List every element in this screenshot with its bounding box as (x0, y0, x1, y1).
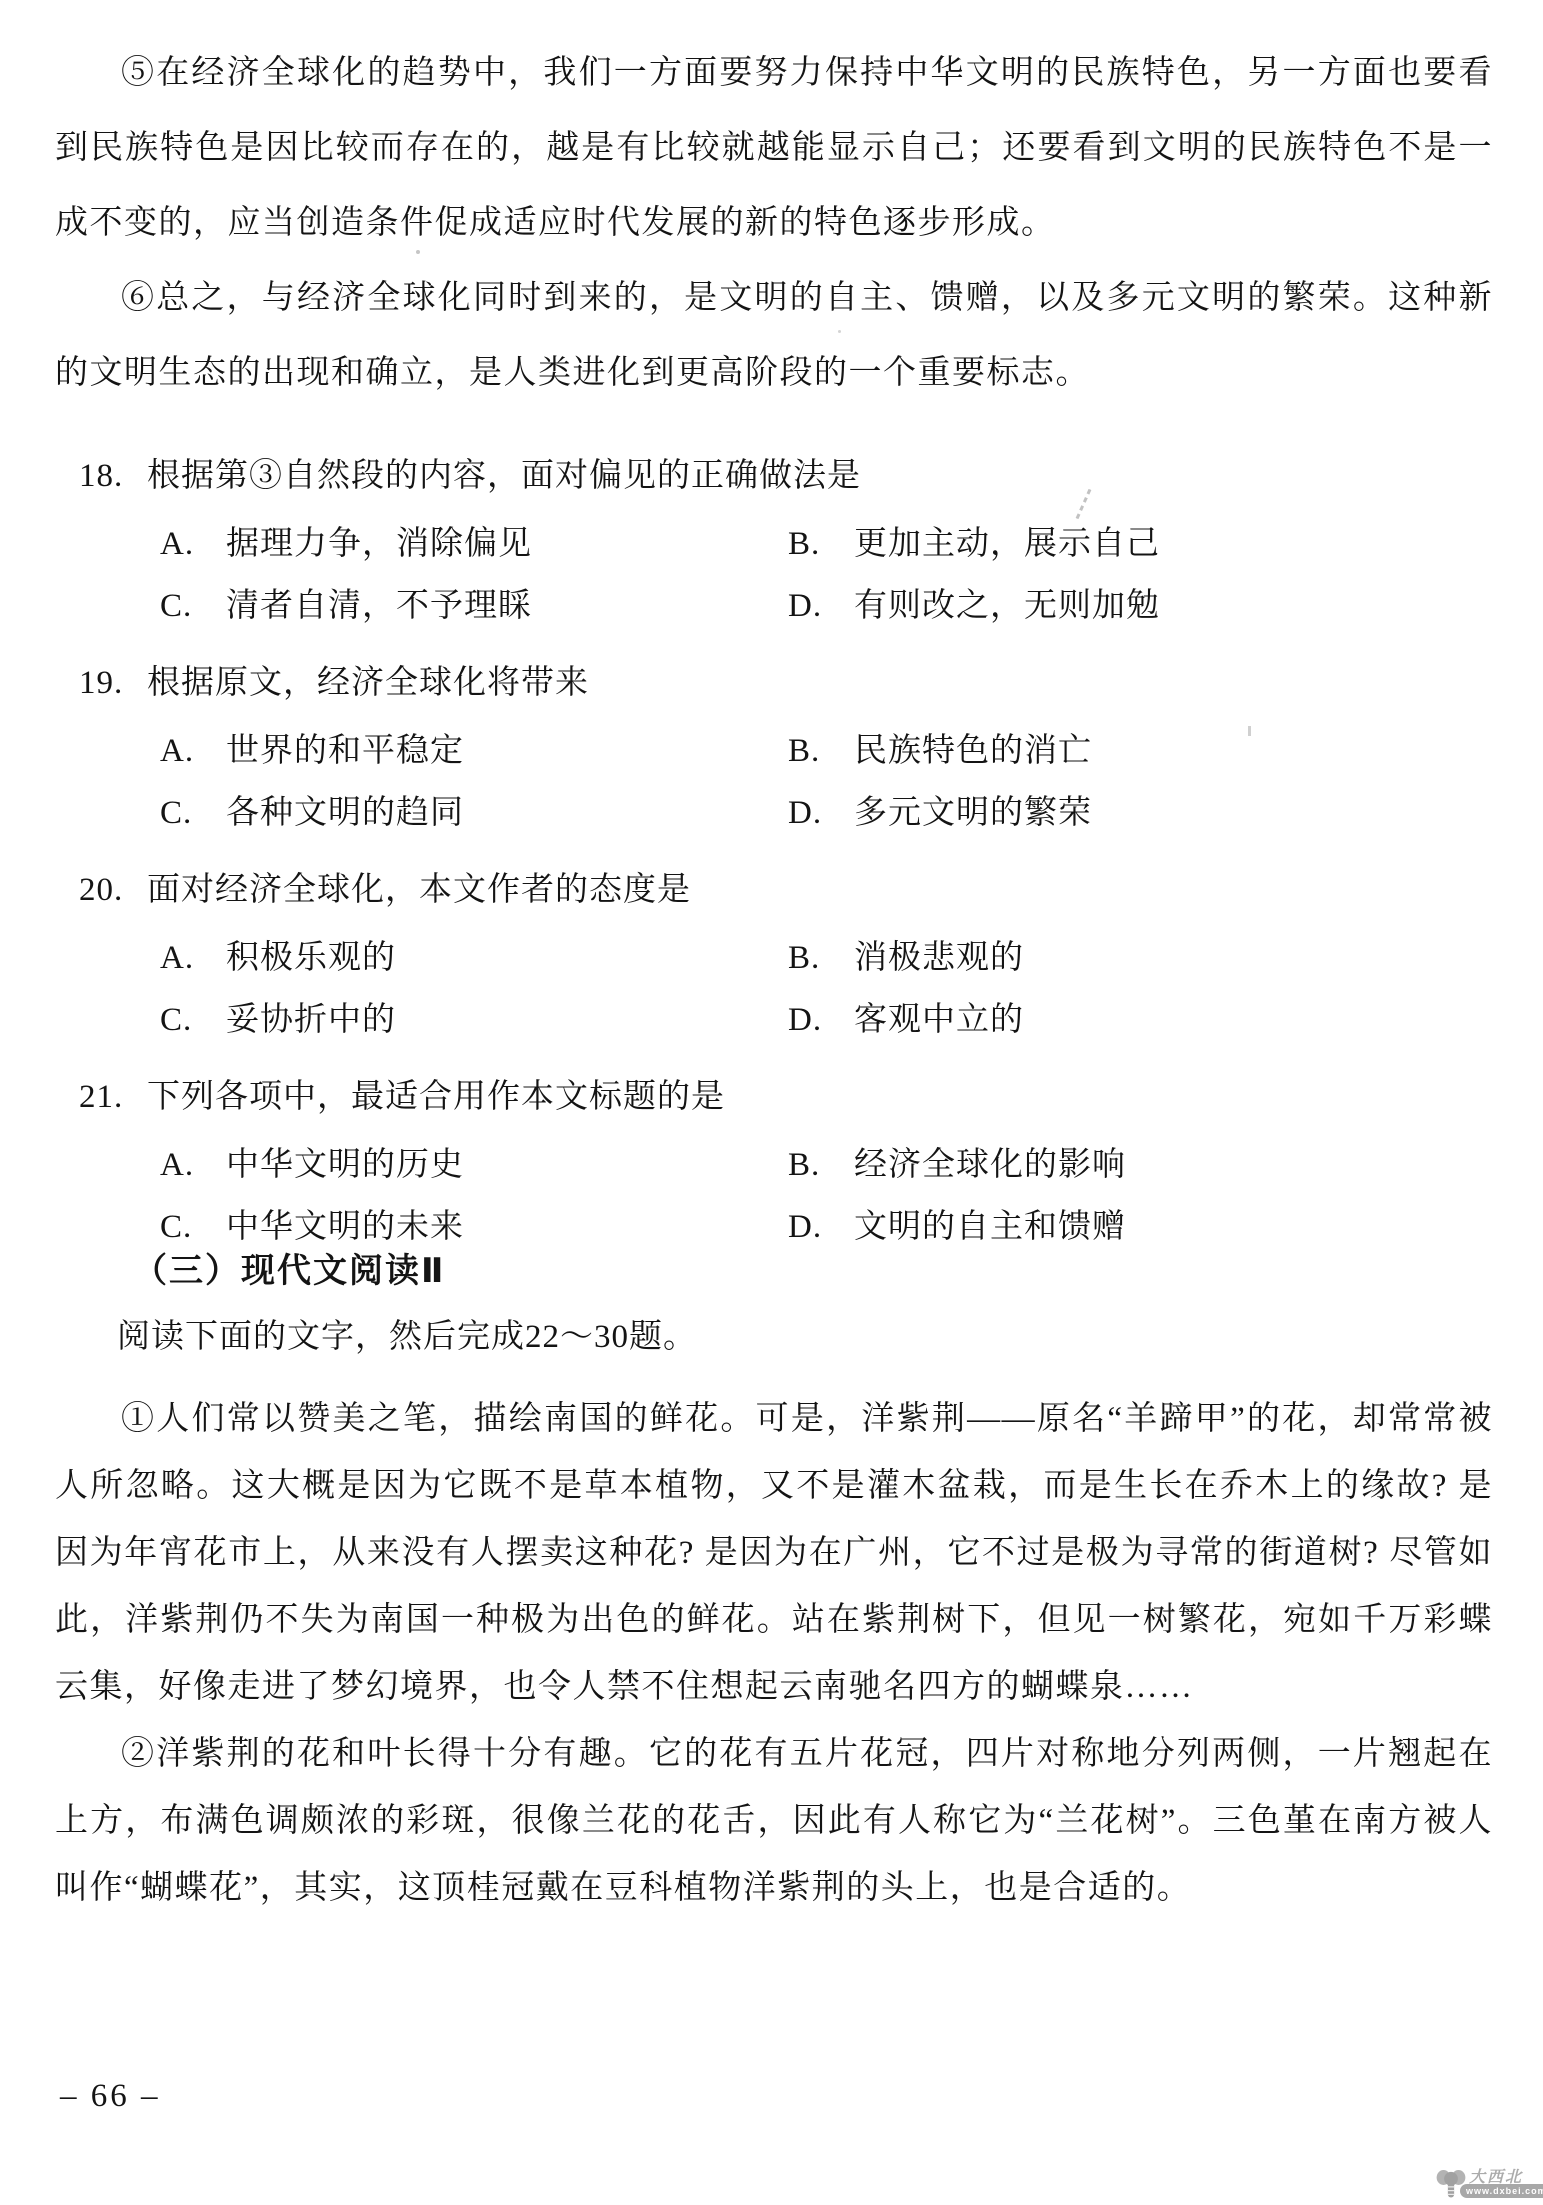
question-18: 18. 根据第③自然段的内容，面对偏见的正确做法是 A. 据理力争，消除偏见 B… (55, 452, 1493, 637)
paragraph-6: ⑥总之，与经济全球化同时到来的，是文明的自主、馈赠，以及多元文明的繁荣。这种新的… (55, 261, 1493, 411)
option-18-b: B. 更加主动，展示自己 (788, 513, 1493, 575)
passage-bauhinia: ①人们常以赞美之笔，描绘南国的鲜花。可是，洋紫荆——原名“羊蹄甲”的花，却常常被… (55, 1386, 1493, 1922)
question-number: 18. (79, 452, 147, 500)
question-stem: 根据第③自然段的内容，面对偏见的正确做法是 (147, 452, 861, 500)
question-stem: 下列各项中，最适合用作本文标题的是 (147, 1073, 725, 1121)
option-19-c: C. 各种文明的趋同 (160, 782, 788, 844)
option-18-c: C. 清者自清，不予理睬 (160, 575, 788, 637)
option-21-d: D. 文明的自主和馈赠 (788, 1196, 1493, 1258)
page-number: – 66 – (60, 2078, 161, 2115)
scan-artifact (416, 250, 420, 254)
option-group: A. 积极乐观的 B. 消极悲观的 C. 妥协折中的 D. 客观中立的 (55, 927, 1493, 1051)
option-19-b: B. 民族特色的消亡 (788, 720, 1493, 782)
option-20-b: B. 消极悲观的 (788, 927, 1493, 989)
option-21-b: B. 经济全球化的影响 (788, 1134, 1493, 1196)
option-19-d: D. 多元文明的繁荣 (788, 782, 1493, 844)
option-group: A. 据理力争，消除偏见 B. 更加主动，展示自己 C. 清者自清，不予理睬 D… (55, 513, 1493, 637)
passage-globalization: ⑤在经济全球化的趋势中，我们一方面要努力保持中华文明的民族特色，另一方面也要看到… (55, 36, 1493, 411)
watermark-url: www.dxbei.com (1460, 2184, 1543, 2198)
option-group: A. 世界的和平稳定 B. 民族特色的消亡 C. 各种文明的趋同 D. 多元文明… (55, 720, 1493, 844)
question-20: 20. 面对经济全球化，本文作者的态度是 A. 积极乐观的 B. 消极悲观的 C… (55, 866, 1493, 1051)
question-stem: 面对经济全球化，本文作者的态度是 (147, 866, 691, 914)
option-20-d: D. 客观中立的 (788, 989, 1493, 1051)
question-number: 21. (79, 1073, 147, 1121)
option-18-d: D. 有则改之，无则加勉 (788, 575, 1493, 637)
question-number: 19. (79, 659, 147, 707)
exam-page: ⑤在经济全球化的趋势中，我们一方面要努力保持中华文明的民族特色，另一方面也要看到… (0, 0, 1543, 2205)
scan-artifact (1248, 726, 1251, 736)
option-20-a: A. 积极乐观的 (160, 927, 788, 989)
option-18-a: A. 据理力争，消除偏见 (160, 513, 788, 575)
section-instruction: 阅读下面的文字，然后完成22～30题。 (117, 1310, 697, 1357)
question-19: 19. 根据原文，经济全球化将带来 A. 世界的和平稳定 B. 民族特色的消亡 … (55, 659, 1493, 844)
question-number: 20. (79, 866, 147, 914)
paragraph-2: ②洋紫荆的花和叶长得十分有趣。它的花有五片花冠，四片对称地分列两侧，一片翘起在上… (55, 1721, 1493, 1922)
scan-artifact (838, 330, 841, 333)
paragraph-1: ①人们常以赞美之笔，描绘南国的鲜花。可是，洋紫荆——原名“羊蹄甲”的花，却常常被… (55, 1386, 1493, 1721)
question-stem: 根据原文，经济全球化将带来 (147, 659, 589, 707)
question-list: 18. 根据第③自然段的内容，面对偏见的正确做法是 A. 据理力争，消除偏见 B… (55, 452, 1493, 1280)
paragraph-5: ⑤在经济全球化的趋势中，我们一方面要努力保持中华文明的民族特色，另一方面也要看到… (55, 36, 1493, 261)
option-20-c: C. 妥协折中的 (160, 989, 788, 1051)
watermark: 大西北 www.dxbei.com (1436, 2166, 1538, 2202)
question-21: 21. 下列各项中，最适合用作本文标题的是 A. 中华文明的历史 B. 经济全球… (55, 1073, 1493, 1258)
option-21-a: A. 中华文明的历史 (160, 1134, 788, 1196)
option-group: A. 中华文明的历史 B. 经济全球化的影响 C. 中华文明的未来 D. 文明的… (55, 1134, 1493, 1258)
section-heading: （三）现代文阅读Ⅱ (133, 1243, 445, 1292)
option-19-a: A. 世界的和平稳定 (160, 720, 788, 782)
